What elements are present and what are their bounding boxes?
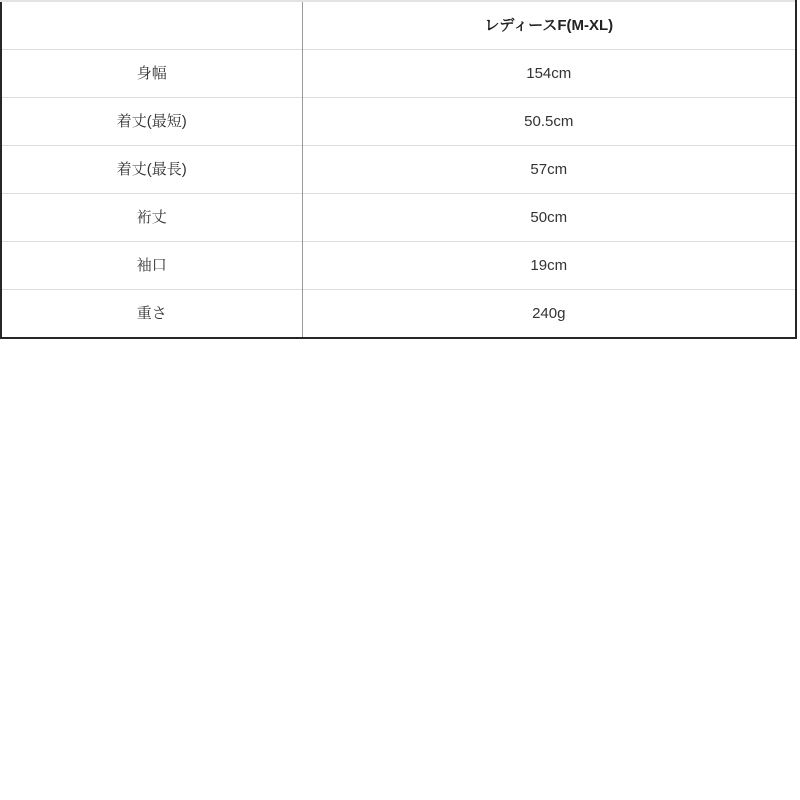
row-label-length-shortest: 着丈(最短) [1, 98, 302, 146]
row-value-body-width: 154cm [302, 50, 796, 98]
table-row-body-width: 身幅 154cm [1, 50, 796, 98]
row-value-sleeve-length: 50cm [302, 194, 796, 242]
row-label-cuff: 袖口 [1, 242, 302, 290]
header-size-label: レディースF(M-XL) [302, 1, 796, 50]
row-value-weight: 240g [302, 290, 796, 339]
row-value-cuff: 19cm [302, 242, 796, 290]
table-row-cuff: 袖口 19cm [1, 242, 796, 290]
table-row-weight: 重さ 240g [1, 290, 796, 339]
header-empty-cell [1, 1, 302, 50]
table-row-length-longest: 着丈(最長) 57cm [1, 146, 796, 194]
row-label-body-width: 身幅 [1, 50, 302, 98]
header-row: レディースF(M-XL) [1, 1, 796, 50]
table-row-length-shortest: 着丈(最短) 50.5cm [1, 98, 796, 146]
row-label-weight: 重さ [1, 290, 302, 339]
row-label-sleeve-length: 裄丈 [1, 194, 302, 242]
row-value-length-shortest: 50.5cm [302, 98, 796, 146]
table-row-sleeve-length: 裄丈 50cm [1, 194, 796, 242]
row-label-length-longest: 着丈(最長) [1, 146, 302, 194]
size-chart-table: レディースF(M-XL) 身幅 154cm 着丈(最短) 50.5cm 着丈(最… [0, 0, 797, 339]
row-value-length-longest: 57cm [302, 146, 796, 194]
